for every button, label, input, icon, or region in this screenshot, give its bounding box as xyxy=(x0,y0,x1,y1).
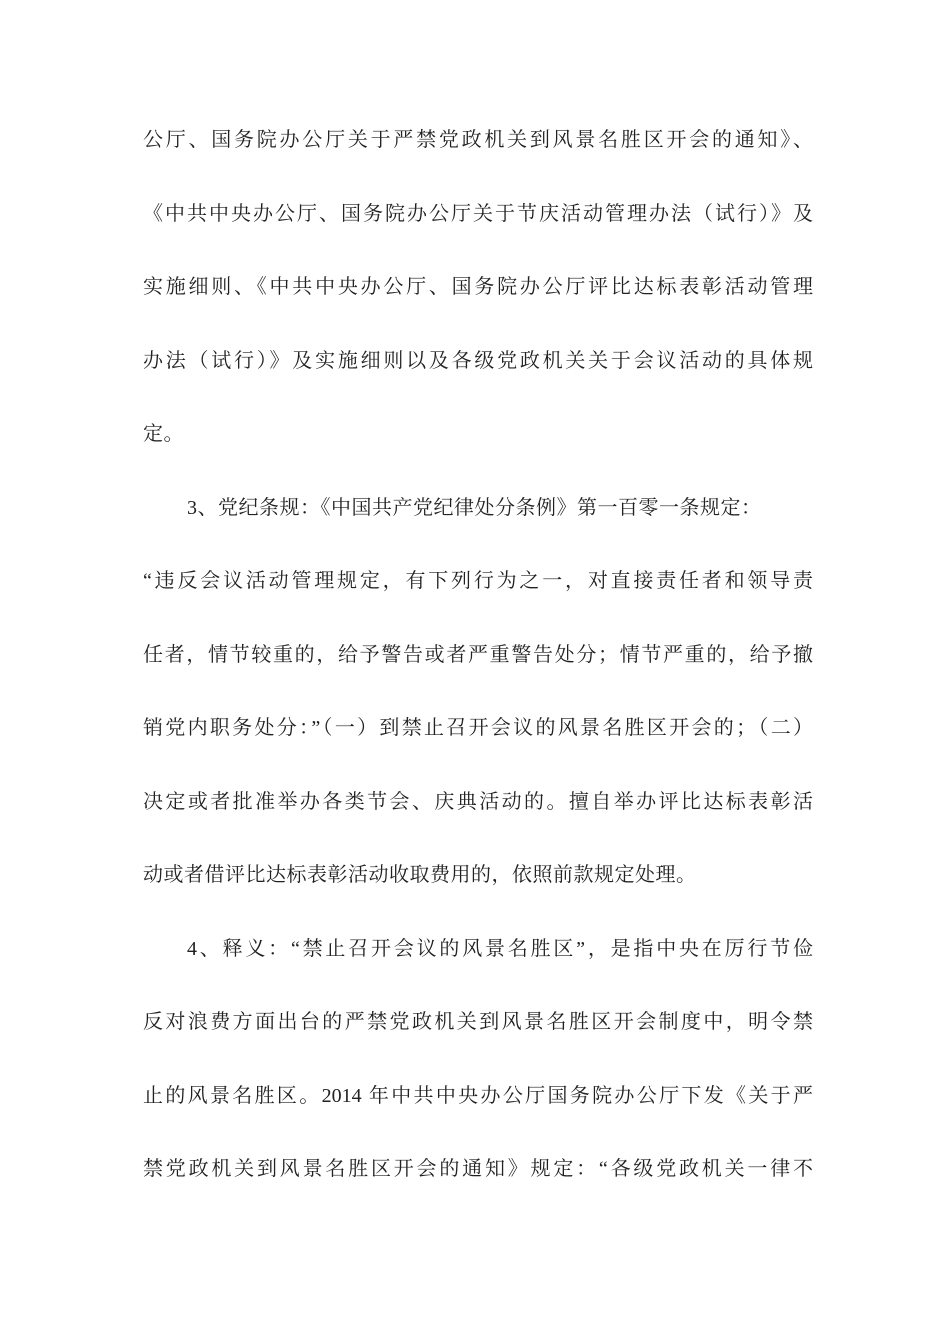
text-line: 止的风景名胜区。2014 年中共中央办公厅国务院办公厅下发《关于严 xyxy=(143,1060,813,1134)
text-line: 任者，情节较重的，给予警告或者严重警告处分；情节严重的，给予撤 xyxy=(143,619,813,693)
text-line: 3、党纪条规：《中国共产党纪律处分条例》第一百零一条规定： xyxy=(143,472,813,546)
document-page: 公厅、国务院办公厅关于严禁党政机关到风景名胜区开会的通知》、 《中共中央办公厅、… xyxy=(0,0,950,1344)
text-line: 办法（试行）》及实施细则以及各级党政机关关于会议活动的具体规 xyxy=(143,325,813,399)
text-line: 禁党政机关到风景名胜区开会的通知》规定：“各级党政机关一律不 xyxy=(143,1133,813,1207)
text-line: 反对浪费方面出台的严禁党政机关到风景名胜区开会制度中，明令禁 xyxy=(143,986,813,1060)
text-line: 《中共中央办公厅、国务院办公厅关于节庆活动管理办法（试行）》及 xyxy=(143,178,813,252)
text-line: 销党内职务处分：”（一）到禁止召开会议的风景名胜区开会的；（二） xyxy=(143,692,813,766)
text-line: 实施细则、《中共中央办公厅、国务院办公厅评比达标表彰活动管理 xyxy=(143,251,813,325)
paragraph-clause-3: 3、党纪条规：《中国共产党纪律处分条例》第一百零一条规定： “违反会议活动管理规… xyxy=(143,472,813,913)
paragraph-clause-4: 4、释义：“禁止召开会议的风景名胜区”，是指中央在厉行节俭 反对浪费方面出台的严… xyxy=(143,913,813,1207)
text-line: 4、释义：“禁止召开会议的风景名胜区”，是指中央在厉行节俭 xyxy=(143,913,813,987)
text-line: “违反会议活动管理规定，有下列行为之一，对直接责任者和领导责 xyxy=(143,545,813,619)
text-line: 动或者借评比达标表彰活动收取费用的，依照前款规定处理。 xyxy=(143,839,813,913)
text-line: 定。 xyxy=(143,398,813,472)
text-line: 公厅、国务院办公厅关于严禁党政机关到风景名胜区开会的通知》、 xyxy=(143,104,813,178)
paragraph-continuation: 公厅、国务院办公厅关于严禁党政机关到风景名胜区开会的通知》、 《中共中央办公厅、… xyxy=(143,104,813,472)
document-body: 公厅、国务院办公厅关于严禁党政机关到风景名胜区开会的通知》、 《中共中央办公厅、… xyxy=(143,104,813,1207)
text-line: 决定或者批准举办各类节会、庆典活动的。擅自举办评比达标表彰活 xyxy=(143,766,813,840)
